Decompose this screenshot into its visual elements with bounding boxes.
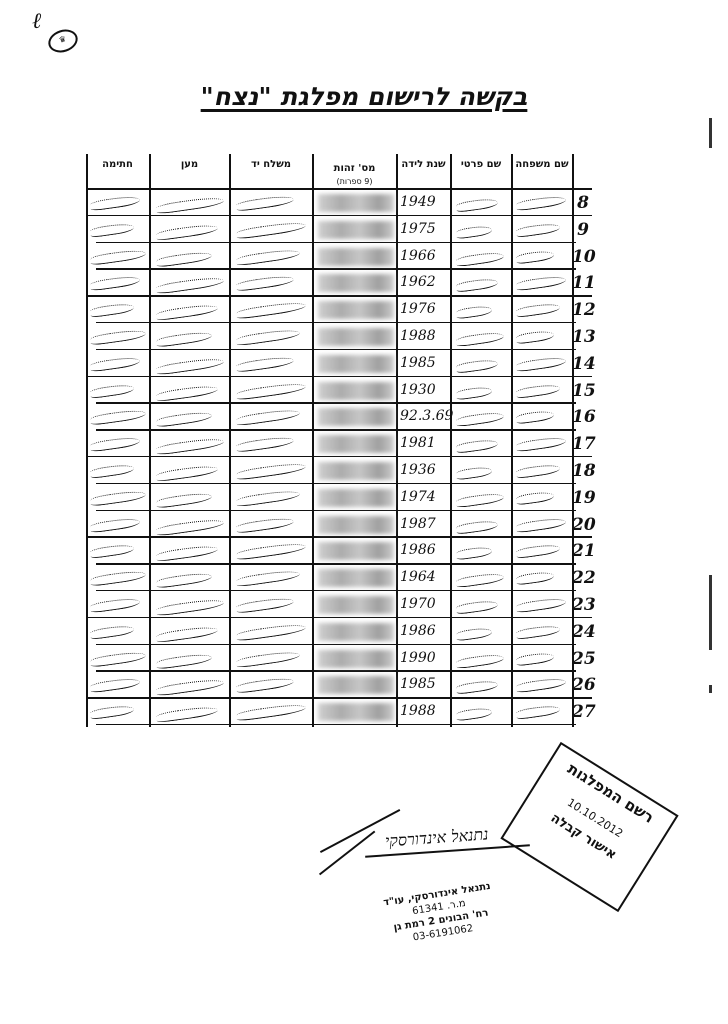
row-divider: [96, 724, 576, 726]
table-row: 171981: [86, 431, 592, 458]
redacted-id-number: [318, 703, 394, 721]
redacted-id-number: [318, 194, 394, 212]
handwritten-entry: [236, 274, 295, 292]
table-row: 271988: [86, 699, 592, 726]
handwritten-entry: [516, 383, 561, 399]
handwritten-entry: [456, 652, 505, 669]
table-row: 81949: [86, 190, 592, 217]
handwritten-entry: [516, 195, 567, 212]
handwritten-entry: [156, 356, 225, 375]
handwritten-entry: [456, 680, 499, 696]
handwritten-entry: [515, 490, 554, 505]
handwritten-entry: [90, 302, 135, 318]
birth-year: 1985: [400, 676, 436, 692]
row-number: 22: [572, 568, 594, 588]
handwritten-entry: [236, 300, 307, 320]
handwritten-entry: [236, 516, 295, 534]
handwritten-entry: [516, 222, 561, 238]
handwritten-entry: [156, 705, 219, 724]
handwritten-entry: [156, 383, 219, 402]
birth-year: 1966: [400, 248, 436, 264]
row-number: 17: [572, 434, 594, 454]
birth-year: 1975: [400, 221, 436, 237]
birth-year: 1976: [400, 301, 436, 317]
handwritten-entry: [516, 597, 567, 614]
handwritten-entry: [236, 435, 295, 453]
registrar-stamp: רשם המפלגות 10.10.2012 אישור קבלה: [500, 742, 678, 912]
handwritten-entry: [236, 596, 295, 614]
birth-year: 1964: [400, 569, 436, 585]
header-occupation: משלח יד: [230, 158, 312, 171]
handwritten-entry: [515, 249, 554, 264]
handwritten-entry: [156, 250, 213, 268]
redacted-id-number: [318, 676, 394, 694]
birth-year: 1990: [400, 650, 436, 666]
handwritten-entry: [156, 678, 225, 697]
handwritten-entry: [90, 543, 135, 559]
row-number: 27: [572, 702, 594, 722]
handwritten-entry: [156, 544, 219, 563]
redacted-id-number: [318, 355, 394, 373]
handwritten-entry: [90, 704, 135, 720]
table-row: 141985: [86, 351, 592, 378]
birth-year: 1962: [400, 274, 436, 290]
handwritten-entry: [236, 381, 307, 401]
row-number: 16: [572, 407, 594, 427]
handwritten-entry: [515, 329, 554, 344]
handwritten-entry: [516, 436, 567, 453]
row-number: 20: [572, 515, 594, 535]
handwritten-entry: [156, 464, 219, 483]
handwritten-entry: [456, 492, 505, 509]
lawyer-stamp: נתנאל אינדורסקי, עו"ד מ.ר. 61341 רח' הבו…: [367, 877, 513, 950]
handwritten-entry: [516, 275, 567, 292]
handwritten-entry: [236, 676, 295, 694]
handwritten-entry: [455, 707, 492, 722]
redacted-id-number: [318, 623, 394, 641]
redacted-id-number: [318, 569, 394, 587]
handwritten-entry: [456, 519, 499, 535]
handwritten-entry: [455, 385, 492, 400]
handwritten-entry: [456, 278, 499, 294]
handwritten-entry: [156, 330, 213, 348]
handwritten-entry: [236, 408, 301, 427]
redacted-id-number: [318, 274, 394, 292]
header-first-name: שם פרטי: [451, 158, 511, 171]
handwritten-entry: [456, 331, 505, 348]
redacted-id-number: [318, 301, 394, 319]
margin-bar: [709, 575, 712, 650]
handwritten-entry: [156, 517, 225, 536]
handwritten-entry: [156, 597, 225, 616]
birth-year: 92.3.69: [400, 408, 453, 424]
handwritten-entry: [90, 355, 141, 372]
row-number: 12: [572, 300, 594, 320]
handwritten-entry: [515, 410, 554, 425]
handwritten-entry: [236, 542, 307, 562]
handwritten-entry: [515, 571, 554, 586]
document-title: בקשה לרישום מפלגת "נצח": [0, 82, 728, 111]
birth-year: 1936: [400, 462, 436, 478]
handwritten-entry: [90, 275, 141, 292]
handwritten-entry: [156, 437, 225, 456]
handwritten-entry: [516, 355, 567, 372]
handwritten-entry: [236, 247, 301, 266]
handwritten-entry: [236, 461, 307, 481]
handwritten-entry: [456, 572, 505, 589]
handwritten-entry: [90, 248, 147, 266]
handwritten-entry: [236, 702, 307, 722]
table-row: 241986: [86, 619, 592, 646]
birth-year: 1985: [400, 355, 436, 371]
birth-year: 1974: [400, 489, 436, 505]
table-row: 221964: [86, 565, 592, 592]
row-number: 25: [572, 649, 594, 669]
handwritten-entry: [156, 625, 219, 644]
handwritten-entry: [516, 302, 561, 318]
handwritten-entry: [90, 624, 135, 640]
row-number: 8: [572, 193, 594, 213]
handwritten-entry: [156, 276, 225, 295]
row-number: 14: [572, 354, 594, 374]
handwritten-entry: [90, 383, 135, 399]
handwritten-entry: [236, 194, 295, 212]
handwritten-entry: [90, 569, 147, 587]
handwritten-entry: [90, 463, 135, 479]
header-id-note: (9 ספרות): [313, 175, 396, 188]
handwritten-entry: [455, 305, 492, 320]
redacted-id-number: [318, 382, 394, 400]
row-number: 21: [572, 541, 594, 561]
handwritten-entry: [516, 624, 561, 640]
handwritten-entry: [156, 491, 213, 509]
handwritten-entry: [456, 411, 505, 428]
handwritten-entry: [90, 516, 141, 533]
corner-handwritten-mark: ℓ: [32, 8, 41, 34]
header-last-name: שם משפחה: [512, 158, 572, 171]
handwritten-entry: [455, 466, 492, 481]
title-text: בקשה לרישום מפלגת "נצח": [201, 82, 528, 111]
redacted-id-number: [318, 435, 394, 453]
row-number: 23: [572, 595, 594, 615]
table-row: 121976: [86, 297, 592, 324]
redacted-id-number: [318, 542, 394, 560]
birth-year: 1988: [400, 328, 436, 344]
handwritten-entry: [455, 224, 492, 239]
handwritten-entry: [156, 571, 213, 589]
handwritten-entry: [236, 220, 307, 240]
handwritten-entry: [90, 328, 147, 346]
registration-table: שם משפחה שם פרטי שנת לידה מס' זהות (9 ספ…: [86, 154, 592, 727]
table-row: 251990: [86, 646, 592, 673]
handwritten-entry: [156, 303, 219, 322]
handwritten-entry: [90, 650, 147, 668]
handwritten-entry: [90, 677, 141, 694]
table-row: 111962: [86, 270, 592, 297]
handwritten-entry: [516, 463, 561, 479]
birth-year: 1987: [400, 516, 436, 532]
birth-year: 1988: [400, 703, 436, 719]
row-number: 13: [572, 327, 594, 347]
row-number: 19: [572, 488, 594, 508]
handwritten-entry: [236, 328, 301, 347]
table-row: 191974: [86, 485, 592, 512]
handwritten-entry: [516, 677, 567, 694]
table-row: 231970: [86, 592, 592, 619]
margin-bar: [709, 685, 712, 693]
handwritten-entry: [456, 358, 499, 374]
handwritten-entry: [236, 622, 307, 642]
birth-year: 1986: [400, 542, 436, 558]
row-number: 24: [572, 622, 594, 642]
redacted-id-number: [318, 248, 394, 266]
handwritten-entry: [456, 438, 499, 454]
handwritten-entry: [90, 597, 141, 614]
handwritten-entry: [236, 355, 295, 373]
header-address: מען: [150, 158, 229, 171]
header-id-number: מס' זהות (9 ספרות): [313, 162, 396, 188]
redacted-id-number: [318, 328, 394, 346]
row-number: 18: [572, 461, 594, 481]
row-number: 26: [572, 675, 594, 695]
handwritten-entry: [90, 409, 147, 427]
birth-year: 1981: [400, 435, 436, 451]
table-row: 1692.3.69: [86, 404, 592, 431]
redacted-id-number: [318, 516, 394, 534]
birth-year: 1930: [400, 382, 436, 398]
handwritten-entry: [515, 651, 554, 666]
table-row: 131988: [86, 324, 592, 351]
handwritten-entry: [90, 489, 147, 507]
birth-year: 1949: [400, 194, 436, 210]
table-row: 211986: [86, 538, 592, 565]
handwritten-entry: [156, 652, 213, 670]
handwritten-entry: [236, 488, 301, 507]
row-number: 15: [572, 381, 594, 401]
handwritten-entry: [456, 599, 499, 615]
handwritten-entry: [516, 516, 567, 533]
handwritten-entry: [516, 704, 561, 720]
handwritten-entry: [456, 250, 505, 267]
table-row: 91975: [86, 217, 592, 244]
header-signature: חתימה: [86, 158, 149, 171]
row-number: 11: [572, 273, 594, 293]
handwritten-entry: [455, 626, 492, 641]
table-row: 201987: [86, 512, 592, 539]
table-row: 261985: [86, 672, 592, 699]
handwritten-entry: [156, 223, 219, 242]
handwritten-entry: [516, 543, 561, 559]
header-birth-year: שנת לידה: [397, 158, 450, 171]
handwritten-entry: [156, 195, 225, 214]
table-row: 181936: [86, 458, 592, 485]
redacted-id-number: [318, 596, 394, 614]
redacted-id-number: [318, 221, 394, 239]
birth-year: 1986: [400, 623, 436, 639]
corner-stamp-icon: ♛: [45, 26, 80, 56]
handwritten-entry: [156, 411, 213, 429]
handwritten-entry: [236, 569, 301, 588]
redacted-id-number: [318, 489, 394, 507]
redacted-id-number: [318, 650, 394, 668]
handwritten-entry: [236, 649, 301, 668]
handwritten-entry: [90, 195, 141, 212]
handwritten-entry: [456, 197, 499, 213]
table-row: 101966: [86, 244, 592, 271]
redacted-id-number: [318, 462, 394, 480]
margin-bar: [709, 118, 712, 148]
row-number: 10: [572, 247, 594, 267]
row-number: 9: [572, 220, 594, 240]
birth-year: 1970: [400, 596, 436, 612]
header-id-label: מס' זהות: [334, 163, 376, 174]
redacted-id-number: [318, 408, 394, 426]
handwritten-entry: [90, 222, 135, 238]
handwritten-entry: [455, 546, 492, 561]
handwritten-entry: [90, 436, 141, 453]
table-row: 151930: [86, 378, 592, 405]
